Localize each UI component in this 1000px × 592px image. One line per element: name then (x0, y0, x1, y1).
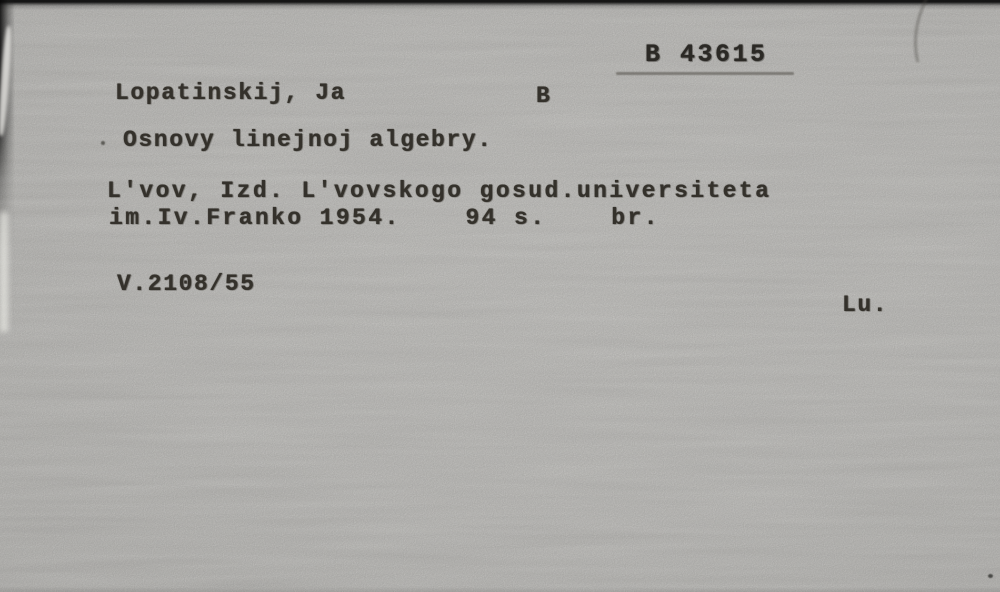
scan-left-light-streak (0, 212, 8, 332)
ink-speck-near-title (101, 141, 105, 145)
catalog-card-scan: B 43615 Lopatinskij, Ja B Osnovy linejno… (0, 0, 1000, 592)
accession-number: V.2108/55 (117, 272, 256, 297)
call-number-underline (616, 72, 794, 75)
scan-edge-bottom (0, 587, 1000, 592)
cataloger-mark: Lu. (842, 293, 888, 318)
scan-corner-arc-mark (890, 0, 1000, 121)
author-heading: Lopatinskij, Ja (115, 81, 346, 106)
imprint-line-1: L'vov, Izd. L'vovskogo gosud.universitet… (107, 179, 771, 204)
call-number: B 43615 (645, 41, 768, 69)
section-letter: B (536, 84, 551, 109)
title-line: Osnovy linejnoj algebry. (123, 128, 493, 153)
scan-edge-top (0, 0, 1000, 10)
ink-speck-bottom-right (988, 574, 993, 578)
imprint-line-2: im.Iv.Franko 1954. 94 s. br. (109, 206, 660, 231)
